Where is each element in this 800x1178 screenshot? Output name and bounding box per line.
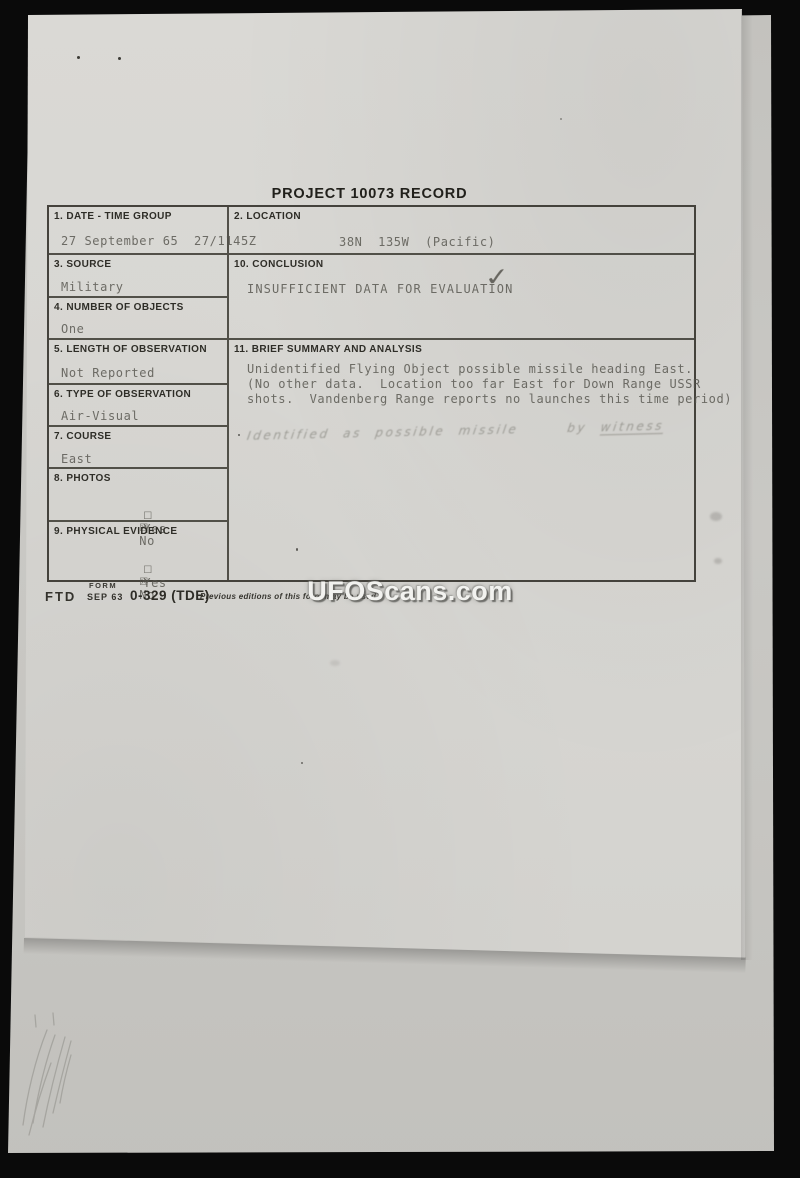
field-value: East: [61, 452, 92, 466]
scanned-photo-frame: PROJECT 10073 RECORD 1. DATE - TIME GROU…: [0, 0, 800, 1178]
footer-form-word: FORM: [89, 581, 117, 590]
handwritten-checkmark-icon: ✓: [483, 262, 511, 293]
field-photos: 8. PHOTOS ☐ Yes ☒ No: [49, 469, 229, 522]
record-form-table: 1. DATE - TIME GROUP 27 September 65 27/…: [47, 205, 696, 582]
summary-line: shots. Vandenberg Range reports no launc…: [247, 392, 732, 408]
staple-hole: [118, 57, 121, 60]
field-physical-evidence: 9. PHYSICAL EVIDENCE ☐ Yes ☒ No: [49, 522, 229, 580]
form-title: PROJECT 10073 RECORD: [47, 186, 692, 202]
field-source: 3. SOURCE Military: [49, 255, 229, 298]
footer-agency: FTD: [45, 589, 76, 604]
field-label: 1. DATE - TIME GROUP: [54, 211, 172, 222]
field-value: INSUFFICIENT DATA FOR EVALUATION: [247, 282, 513, 296]
field-value: 27 September 65 27/1145Z: [61, 234, 257, 248]
field-location: 2. LOCATION 38N 135W (Pacific): [229, 207, 694, 255]
field-value: 38N 135W (Pacific): [339, 235, 496, 249]
ink-speck: [560, 118, 562, 120]
field-label: 2. LOCATION: [234, 211, 301, 222]
ink-speck: [301, 762, 303, 764]
field-label: 5. LENGTH OF OBSERVATION: [54, 344, 207, 355]
field-value: One: [61, 322, 84, 336]
handwritten-note: Identified as possible missile by witnes…: [246, 419, 665, 443]
footer-form-date: SEP 63: [87, 592, 123, 602]
handwritten-note-text: Identified as possible missile: [246, 422, 520, 443]
paper-edge-shadow: [741, 10, 753, 960]
field-label: 4. NUMBER OF OBJECTS: [54, 302, 184, 313]
field-number-of-objects: 4. NUMBER OF OBJECTS One: [49, 298, 229, 340]
field-conclusion: 10. CONCLUSION INSUFFICIENT DATA FOR EVA…: [229, 255, 694, 340]
field-label: 11. BRIEF SUMMARY AND ANALYSIS: [234, 344, 422, 355]
field-value: Not Reported: [61, 366, 155, 380]
field-course: 7. COURSE East: [49, 427, 229, 469]
field-label: 6. TYPE OF OBSERVATION: [54, 389, 191, 400]
smudge: [714, 558, 722, 564]
field-label: 8. PHOTOS: [54, 473, 111, 484]
field-label: 9. PHYSICAL EVIDENCE: [54, 526, 177, 537]
watermark: UFOScans.com: [280, 576, 540, 607]
pencil-scratches: [5, 985, 115, 1145]
field-date-time-group: 1. DATE - TIME GROUP 27 September 65 27/…: [49, 207, 229, 255]
field-label: 10. CONCLUSION: [234, 259, 324, 270]
smudge: [710, 512, 722, 521]
field-length-of-observation: 5. LENGTH OF OBSERVATION Not Reported: [49, 340, 229, 385]
field-label: 3. SOURCE: [54, 259, 112, 270]
footer-form-number: 0-329 (TDE): [130, 588, 210, 603]
field-brief-summary: 11. BRIEF SUMMARY AND ANALYSIS Unidentif…: [229, 340, 694, 580]
summary-line: Unidentified Flying Object possible miss…: [247, 362, 693, 378]
handwritten-note-text: by: [566, 420, 601, 435]
summary-line: (No other data. Location too far East fo…: [247, 377, 701, 393]
field-value: Air-Visual: [61, 409, 139, 423]
staple-hole: [77, 56, 80, 59]
field-label: 7. COURSE: [54, 431, 112, 442]
field-value: Military: [61, 280, 124, 294]
handwritten-note-underlined: witness: [599, 419, 665, 436]
field-type-of-observation: 6. TYPE OF OBSERVATION Air-Visual: [49, 385, 229, 427]
smudge: [330, 660, 340, 666]
